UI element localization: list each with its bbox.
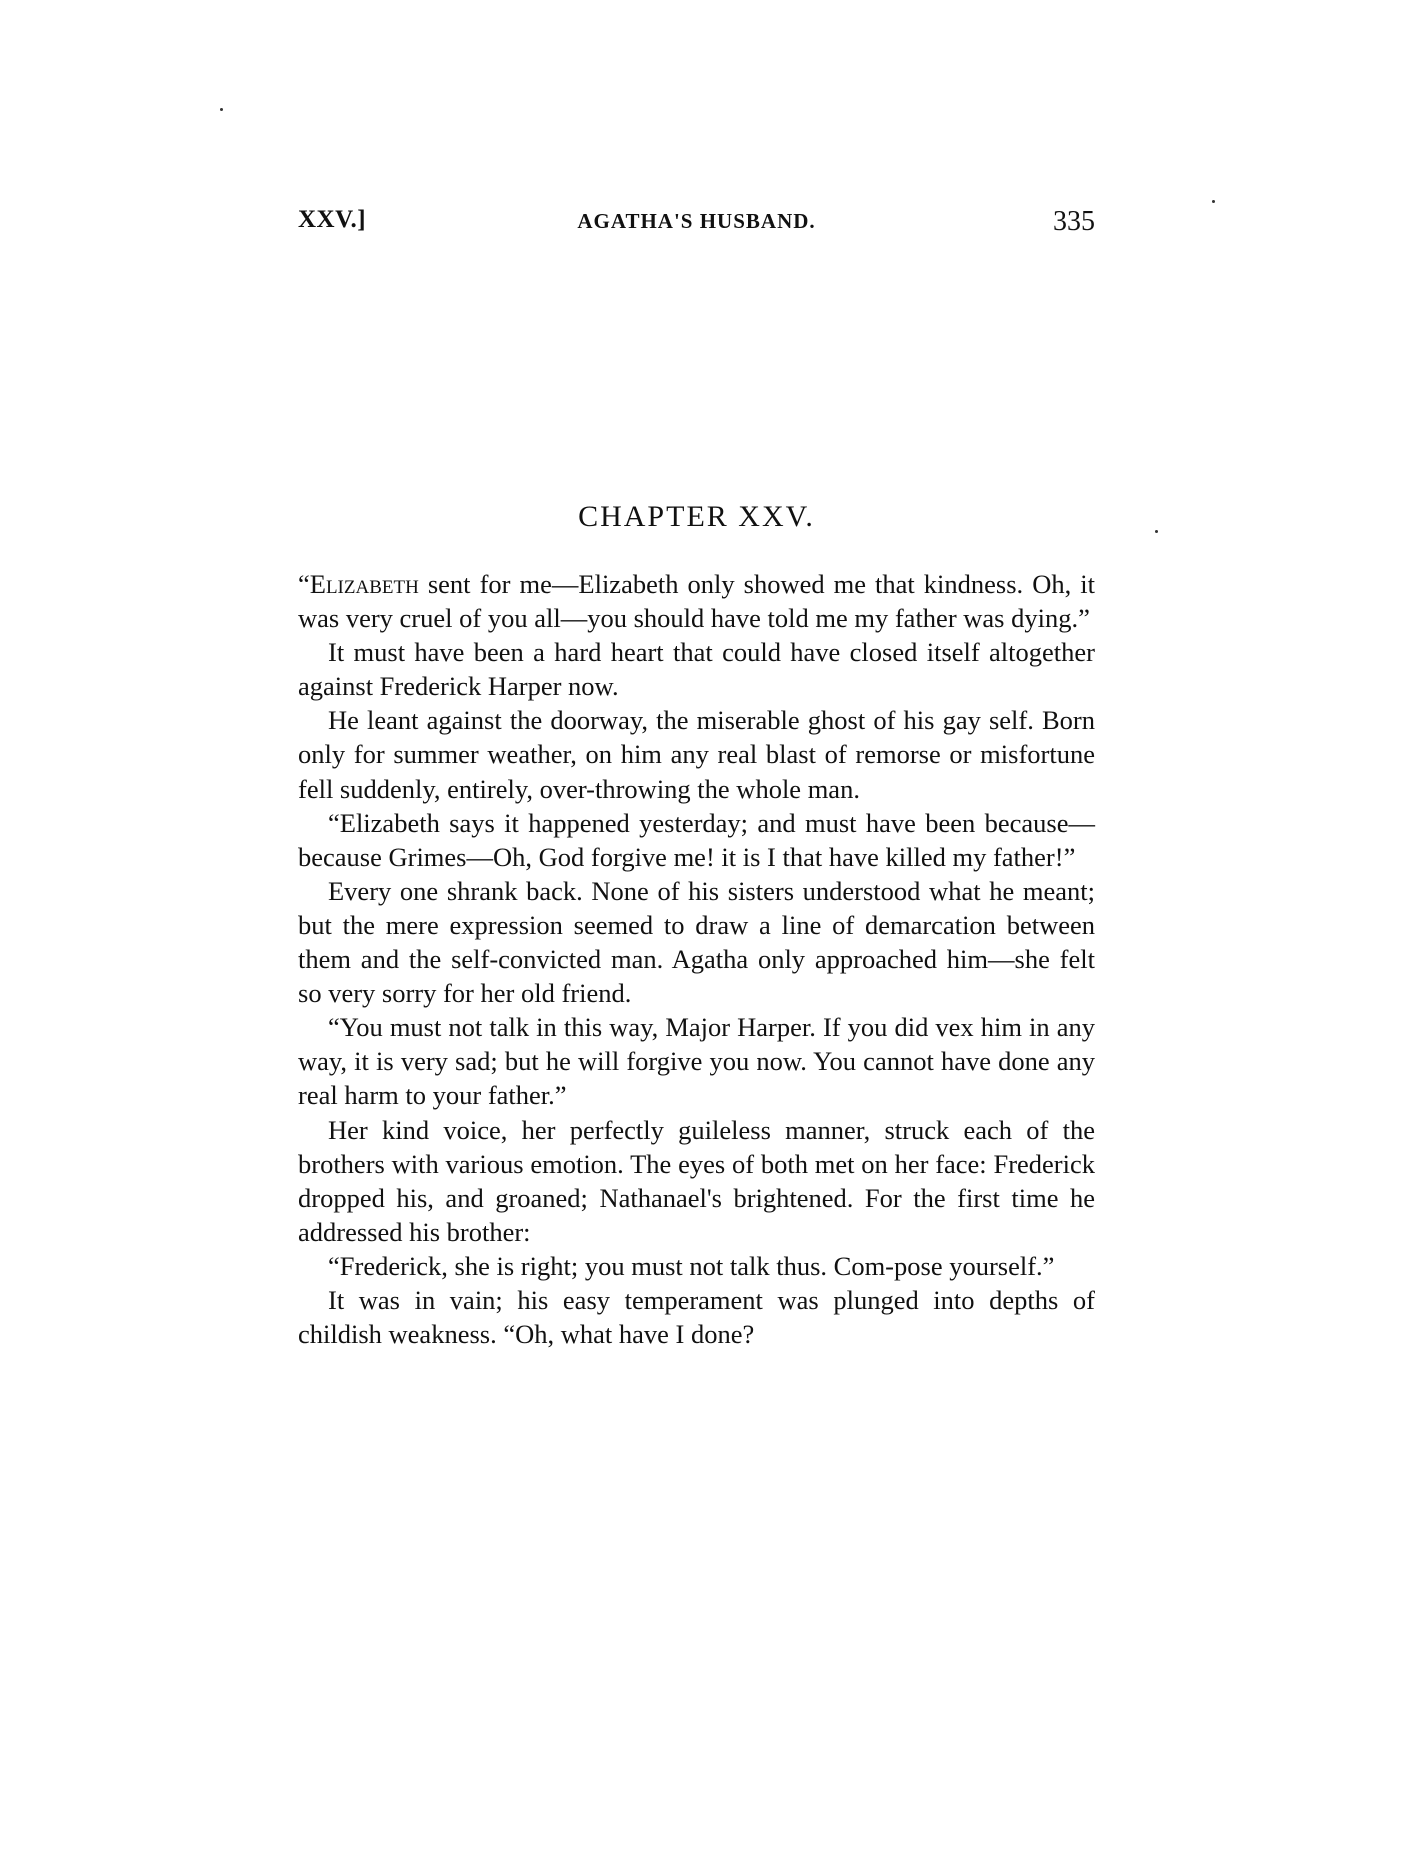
paragraph: “Frederick, she is right; you must not t… — [298, 1249, 1095, 1283]
scan-speck — [1212, 200, 1215, 203]
opening-smallcaps: “Elizabeth — [298, 569, 419, 599]
scan-speck — [1155, 530, 1158, 533]
paragraph: He leant against the doorway, the misera… — [298, 703, 1095, 805]
paragraph: “Elizabeth says it happened yesterday; a… — [298, 806, 1095, 874]
paragraph: It was in vain; his easy temperament was… — [298, 1283, 1095, 1351]
scan-speck — [220, 108, 223, 111]
paragraph: “You must not talk in this way, Major Ha… — [298, 1010, 1095, 1112]
page-number: 335 — [1053, 206, 1095, 238]
book-title: AGATHA'S HUSBAND. — [298, 206, 1095, 234]
running-header: XXV.] AGATHA'S HUSBAND. 335 — [298, 206, 1095, 242]
paragraph: “Elizabeth sent for me—Elizabeth only sh… — [298, 567, 1095, 635]
chapter-heading: CHAPTER XXV. — [298, 500, 1095, 534]
paragraph: It must have been a hard heart that coul… — [298, 635, 1095, 703]
paragraph: Every one shrank back. None of his siste… — [298, 874, 1095, 1010]
body-text: “Elizabeth sent for me—Elizabeth only sh… — [298, 567, 1095, 1351]
paragraph: Her kind voice, her perfectly guileless … — [298, 1113, 1095, 1249]
